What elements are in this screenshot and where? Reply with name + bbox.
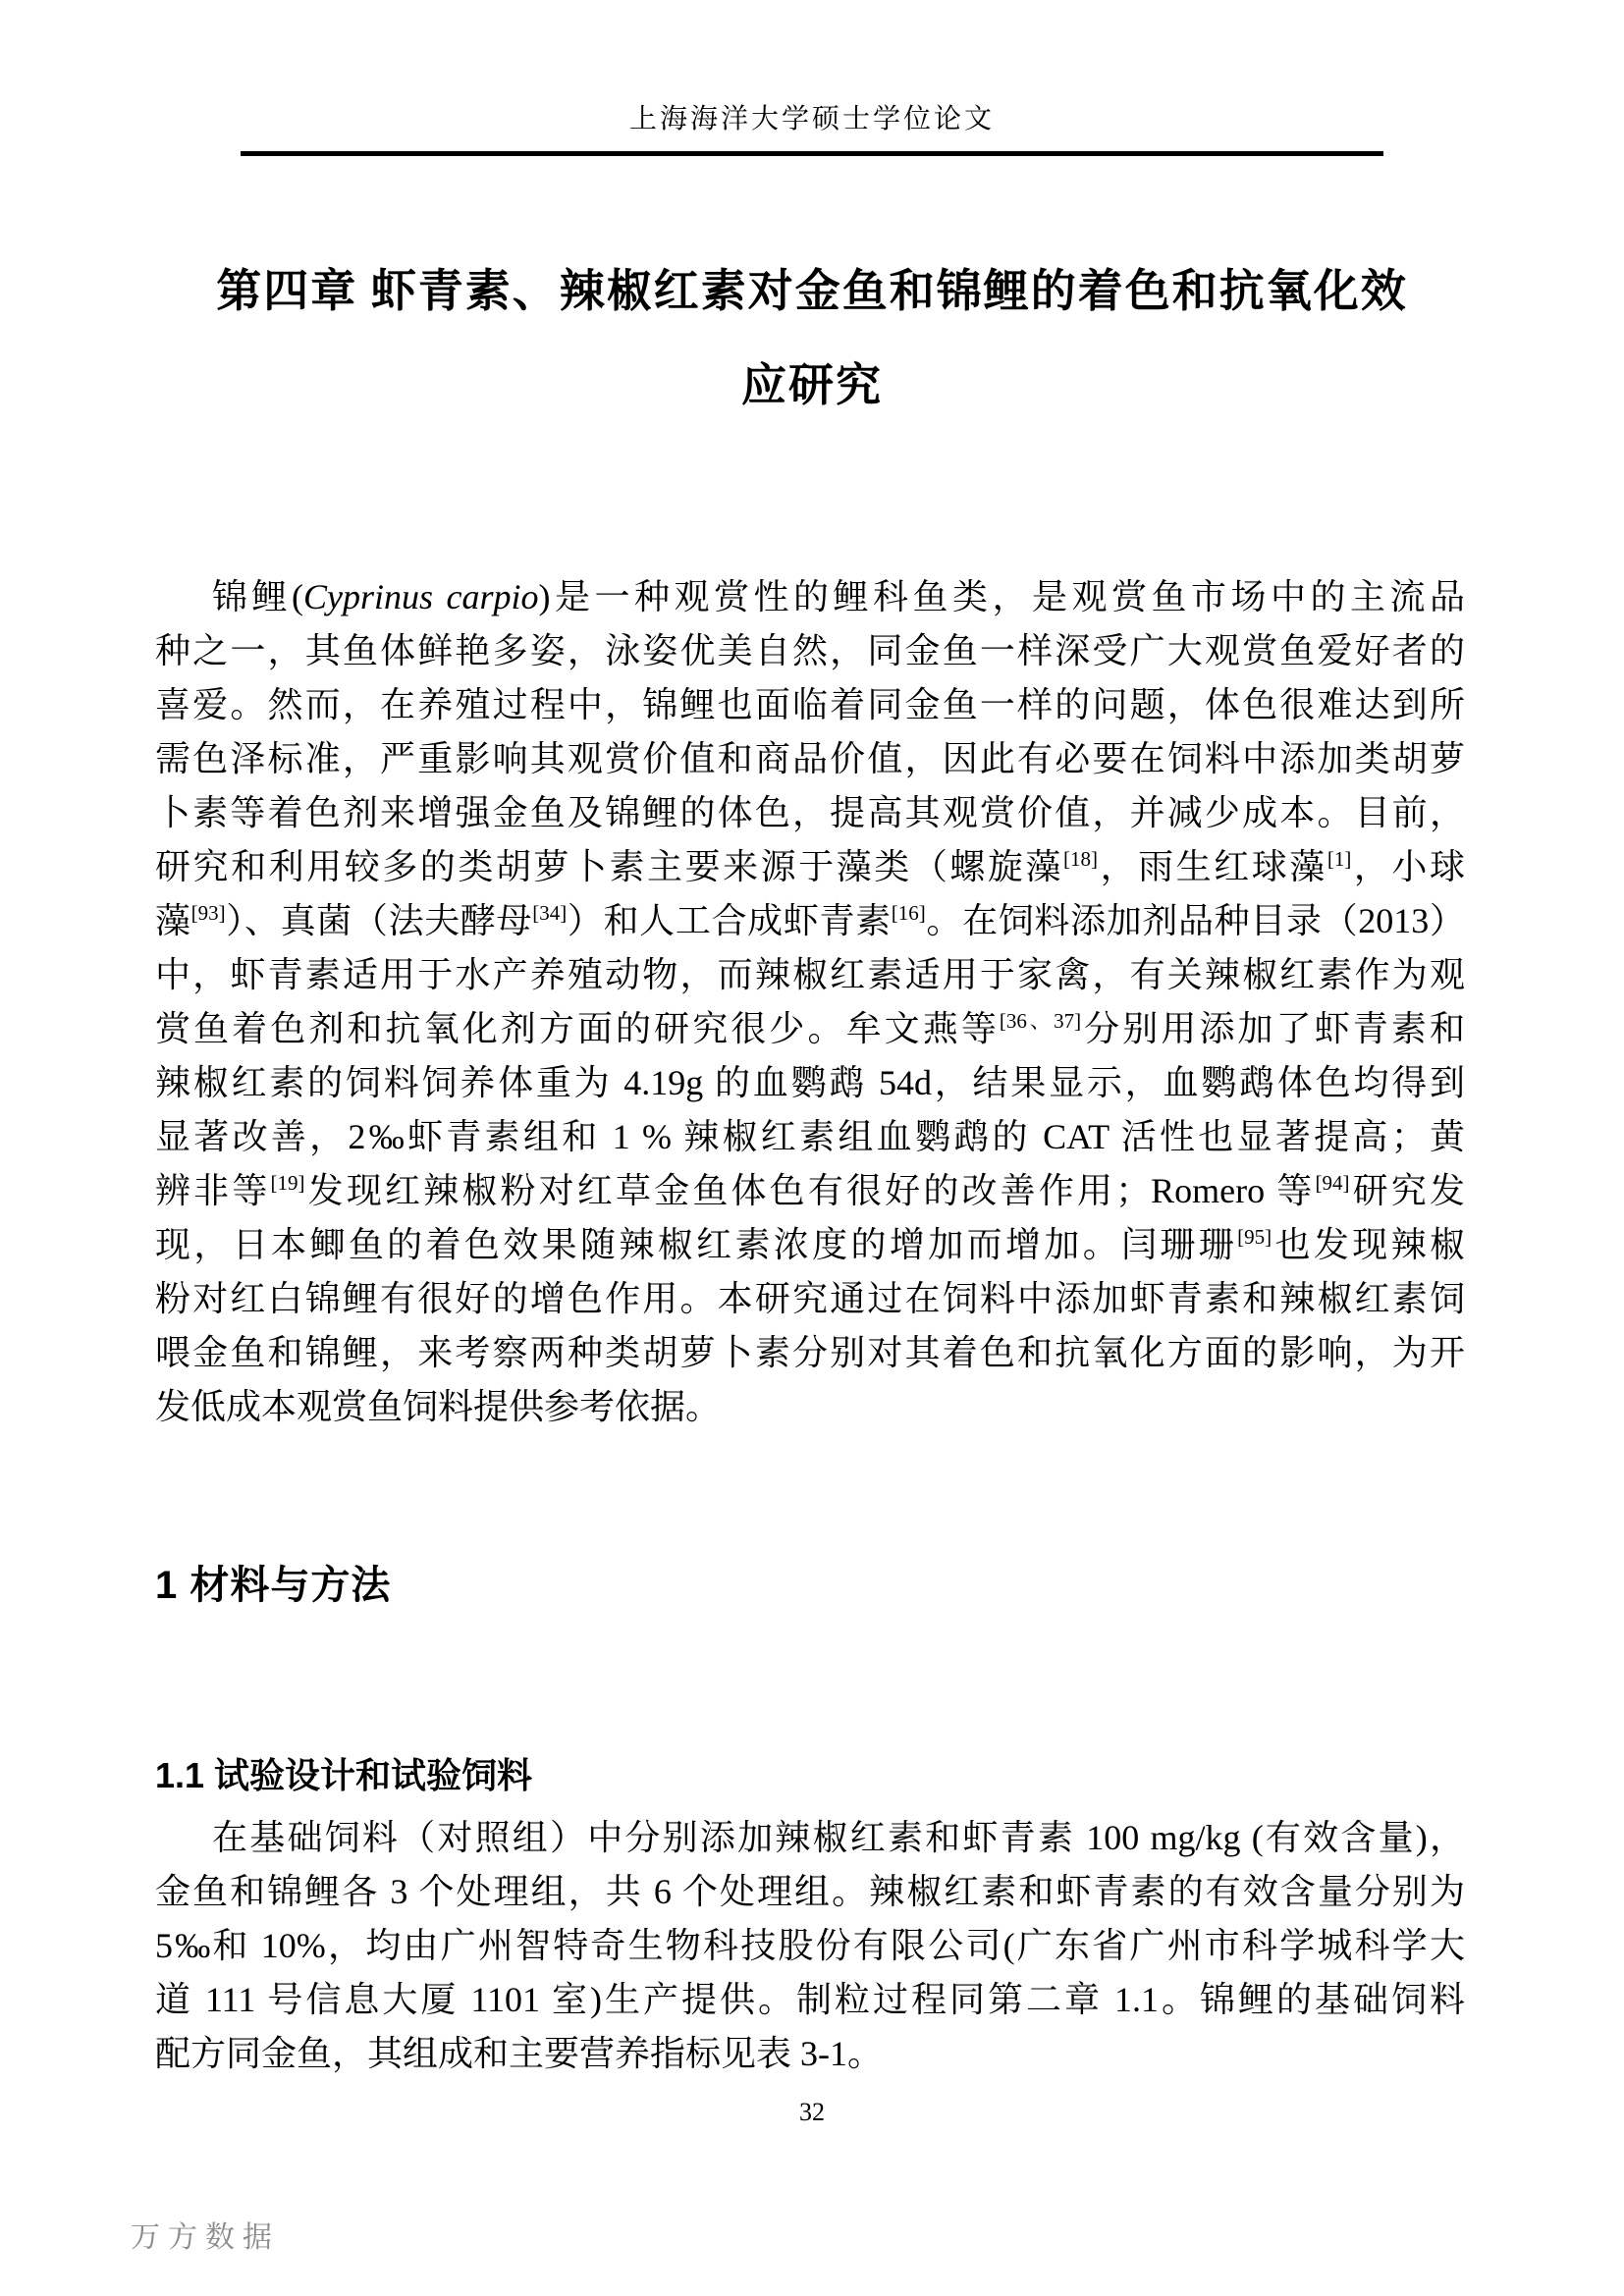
paragraph-line: 辣椒红素的饲料饲养体重为 4.19g 的血鹦鹉 54d，结果显示，血鹦鹉体色均得… <box>155 1056 1465 1110</box>
header-rule <box>241 151 1383 156</box>
paragraph-line: 需色泽标准，严重影响其观赏价值和商品价值，因此有必要在饲料中添加类胡萝 <box>155 732 1465 786</box>
paragraph-line: 锦鲤(Cyprinus carpio)是一种观赏性的鲤科鱼类，是观赏鱼市场中的主… <box>155 570 1465 624</box>
chapter-title: 第四章 虾青素、辣椒红素对金鱼和锦鲤的着色和抗氧化效 应研究 <box>0 244 1624 433</box>
paragraph-line: 藻[93]）、真菌（法夫酵母[34]）和人工合成虾青素[16]。在饲料添加剂品种… <box>155 894 1465 948</box>
paragraph-line: 粉对红白锦鲤有很好的增色作用。本研究通过在饲料中添加虾青素和辣椒红素饲 <box>155 1272 1465 1326</box>
paragraph-line: 显著改善，2‰虾青素组和 1 % 辣椒红素组血鹦鹉的 CAT 活性也显著提高；黄 <box>155 1110 1465 1164</box>
paragraph-line: 发低成本观赏鱼饲料提供参考依据。 <box>155 1380 1465 1434</box>
paragraph-line: 配方同金鱼，其组成和主要营养指标见表 3-1。 <box>155 2027 1465 2081</box>
page-header: 上海海洋大学硕士学位论文 <box>0 0 1624 156</box>
paragraph-line: 卜素等着色剂来增强金鱼及锦鲤的体色，提高其观赏价值，并减少成本。目前， <box>155 786 1465 840</box>
paragraph-line: 研究和利用较多的类胡萝卜素主要来源于藻类（螺旋藻[18]，雨生红球藻[1]，小球 <box>155 840 1465 894</box>
paragraph-line: 辨非等[19]发现红辣椒粉对红草金鱼体色有很好的改善作用；Romero 等[94… <box>155 1164 1465 1218</box>
paragraph-line: 喜爱。然而，在养殖过程中，锦鲤也面临着同金鱼一样的问题，体色很难达到所 <box>155 678 1465 732</box>
paragraph-line: 赏鱼着色剂和抗氧化剂方面的研究很少。牟文燕等[36、37]分别用添加了虾青素和 <box>155 1002 1465 1056</box>
section-heading-experiment-design: 1.1 试验设计和试验饲料 <box>155 1754 1624 1797</box>
chapter-title-line2: 应研究 <box>0 339 1624 433</box>
thesis-page: 上海海洋大学硕士学位论文 第四章 虾青素、辣椒红素对金鱼和锦鲤的着色和抗氧化效 … <box>0 0 1624 2296</box>
paragraph-line: 道 111 号信息大厦 1101 室)生产提供。制粒过程同第二章 1.1。锦鲤的… <box>155 1973 1465 2027</box>
paragraph-line: 金鱼和锦鲤各 3 个处理组，共 6 个处理组。辣椒红素和虾青素的有效含量分别为 <box>155 1865 1465 1919</box>
page-number: 32 <box>0 2097 1624 2128</box>
chapter-title-line1: 第四章 虾青素、辣椒红素对金鱼和锦鲤的着色和抗氧化效 <box>0 244 1624 339</box>
section-1-1-paragraph: 在基础饲料（对照组）中分别添加辣椒红素和虾青素 100 mg/kg (有效含量)… <box>155 1811 1465 2081</box>
paragraph-line: 在基础饲料（对照组）中分别添加辣椒红素和虾青素 100 mg/kg (有效含量)… <box>155 1811 1465 1865</box>
header-title: 上海海洋大学硕士学位论文 <box>0 0 1624 137</box>
section-heading-materials-methods: 1 材料与方法 <box>155 1562 1624 1609</box>
wanfang-watermark: 万方数据 <box>131 2218 280 2258</box>
paragraph-line: 5‰和 10%，均由广州智特奇生物科技股份有限公司(广东省广州市科学城科学大 <box>155 1919 1465 1973</box>
paragraph-line: 喂金鱼和锦鲤，来考察两种类胡萝卜素分别对其着色和抗氧化方面的影响，为开 <box>155 1326 1465 1380</box>
paragraph-line: 中，虾青素适用于水产养殖动物，而辣椒红素适用于家禽，有关辣椒红素作为观 <box>155 948 1465 1002</box>
paragraph-line: 种之一，其鱼体鲜艳多姿，泳姿优美自然，同金鱼一样深受广大观赏鱼爱好者的 <box>155 624 1465 678</box>
paragraph-line: 现，日本鲫鱼的着色效果随辣椒红素浓度的增加而增加。闫珊珊[95]也发现辣椒 <box>155 1218 1465 1272</box>
intro-paragraph: 锦鲤(Cyprinus carpio)是一种观赏性的鲤科鱼类，是观赏鱼市场中的主… <box>155 570 1465 1434</box>
